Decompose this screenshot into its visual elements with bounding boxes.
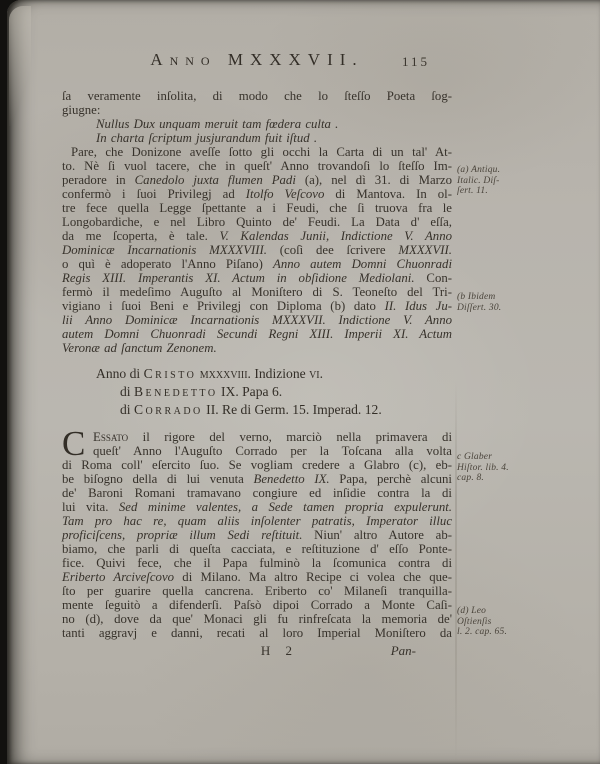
text-line: tre fece quella Legge ſpettante a i Feud… <box>62 201 452 215</box>
text-line: ſa veramente inſolita, di modo che lo ſt… <box>62 89 452 103</box>
verse-line: Nullus Dux unquam meruit tam fœdera cult… <box>62 117 452 131</box>
book-page: Anno MXXXVII. 115 ſa veramente inſolita,… <box>7 0 600 764</box>
text-line: peradore in Canedolo juxta flumen Padi (… <box>62 173 452 187</box>
margin-note-line: (b Ibidem <box>457 292 555 303</box>
verse-line: In charta ſcriptum jusjurandum fuit iſtu… <box>62 131 452 145</box>
text-line: autem Domni Chuonradi Secundi Regni XIII… <box>62 327 452 341</box>
heading-line: Anno di Cristo mxxxviii. Indizione vi. <box>62 365 452 383</box>
margin-note-line: (a) Antiqu. <box>457 165 555 176</box>
running-head: Anno MXXXVII. 115 <box>62 50 452 74</box>
text-line: Dominicæ Incarnationis MXXXVIII. (coſì d… <box>62 243 452 257</box>
text-line: be biſogno della di lui venuta Benedetto… <box>62 472 452 486</box>
margin-note-line: Hiſtor. lib. 4. <box>457 463 555 474</box>
year-section-heading: Anno di Cristo mxxxviii. Indizione vi. d… <box>62 365 452 419</box>
margin-note-line: Italic. Diſ- <box>457 176 555 187</box>
text-line: giugne: <box>62 103 452 117</box>
margin-note-c: c Glaber Hiſtor. lib. 4. cap. 8. <box>457 452 555 484</box>
text-line: mente ſeguitò a difenderſi. Paſsò dipoi … <box>62 598 452 612</box>
heading-line: di Benedetto IX. Papa 6. <box>62 383 452 401</box>
text-line: to. Nè ſi vuol tacere, che in queſt' Ann… <box>62 159 452 173</box>
text-line: tanti aggravj e danni, recati al loro Im… <box>62 626 452 640</box>
catchword: Pan- <box>391 643 416 659</box>
text-block: Anno MXXXVII. 115 ſa veramente inſolita,… <box>62 0 452 659</box>
text-line: Longobardiche, e nel Libro Quinto de' Fe… <box>62 215 452 229</box>
text-line: Pare, che Donizone aveſſe ſotto gli occh… <box>62 145 452 159</box>
text-line: fice. Quivi fece, che il Papa fulminò la… <box>62 556 452 570</box>
text-line: proficiſcens, propriæ illum Sedi reſtitu… <box>62 528 452 542</box>
running-title: Anno MXXXVII. <box>150 50 363 69</box>
text-line: Essato il rigore del verno, marciò nella… <box>62 430 452 444</box>
text-line: vigiano i ſuoi Beni e Privilegj con Dipl… <box>62 299 452 313</box>
drop-cap: C <box>62 431 86 458</box>
text-line: o quì è adoperato l'Anno Piſano) Anno au… <box>62 257 452 271</box>
text-line: fermò il medeſimo Auguſto al Moniſtero d… <box>62 285 452 299</box>
heading-line: di Corrado II. Re di Germ. 15. Imperad. … <box>62 401 452 419</box>
text-line: Eriberto Arciveſcovo di Milano. Ma altro… <box>62 570 452 584</box>
text-line: Regis XIII. Imperantis XI. Actum in obſi… <box>62 271 452 285</box>
paragraph-continuation: ſa veramente inſolita, di modo che lo ſt… <box>62 89 452 355</box>
margin-note-d: (d) Leo Oſtienſis l. 2. cap. 65. <box>457 606 555 638</box>
margin-note-line: (d) Leo <box>457 606 555 617</box>
margin-note-line: Diſſert. 30. <box>457 303 555 314</box>
page-number: 115 <box>402 54 430 70</box>
text-line: biamo, che parli di queſta cacciata, e r… <box>62 542 452 556</box>
text-line: Veronæ ad ſanctum Zenonem. <box>62 341 452 355</box>
margin-note-b: (b Ibidem Diſſert. 30. <box>457 292 555 313</box>
margin-note-a: (a) Antiqu. Italic. Diſ- ſert. 11. <box>457 165 555 197</box>
text-line: confermò i ſuoi Privilegj ad Itolfo Veſc… <box>62 187 452 201</box>
page-footer: H 2 Pan- <box>62 643 452 659</box>
text-line: lui vita. Sed minime valentes, a Sede ta… <box>62 500 452 514</box>
text-line: no (d), dove da que' Monaci gli fu rinfr… <box>62 612 452 626</box>
margin-note-line: c Glaber <box>457 452 555 463</box>
text-line: de' Baroni Romani tramavano congiure ed … <box>62 486 452 500</box>
text-line: queſt' Anno l'Auguſto Corrado per la Toſ… <box>62 444 452 458</box>
text-line: da me ſcoperta, è tale. V. Kalendas Juni… <box>62 229 452 243</box>
text-line: lii Anno Dominicæ Incarnationis MXXXVII.… <box>62 313 452 327</box>
paragraph-main: C Essato il rigore del verno, marciò nel… <box>62 430 452 640</box>
margin-note-line: l. 2. cap. 65. <box>457 627 555 638</box>
margin-note-line: Oſtienſis <box>457 617 555 628</box>
text-line: ſto per guarire quella cancrena. Eribert… <box>62 584 452 598</box>
margin-note-line: cap. 8. <box>457 473 555 484</box>
text-line: di Roma coll' eſercito ſuo. Se vogliam c… <box>62 458 452 472</box>
margin-note-line: ſert. 11. <box>457 186 555 197</box>
text-line: Tam pro hac re, quam aliis inſolenter pa… <box>62 514 452 528</box>
